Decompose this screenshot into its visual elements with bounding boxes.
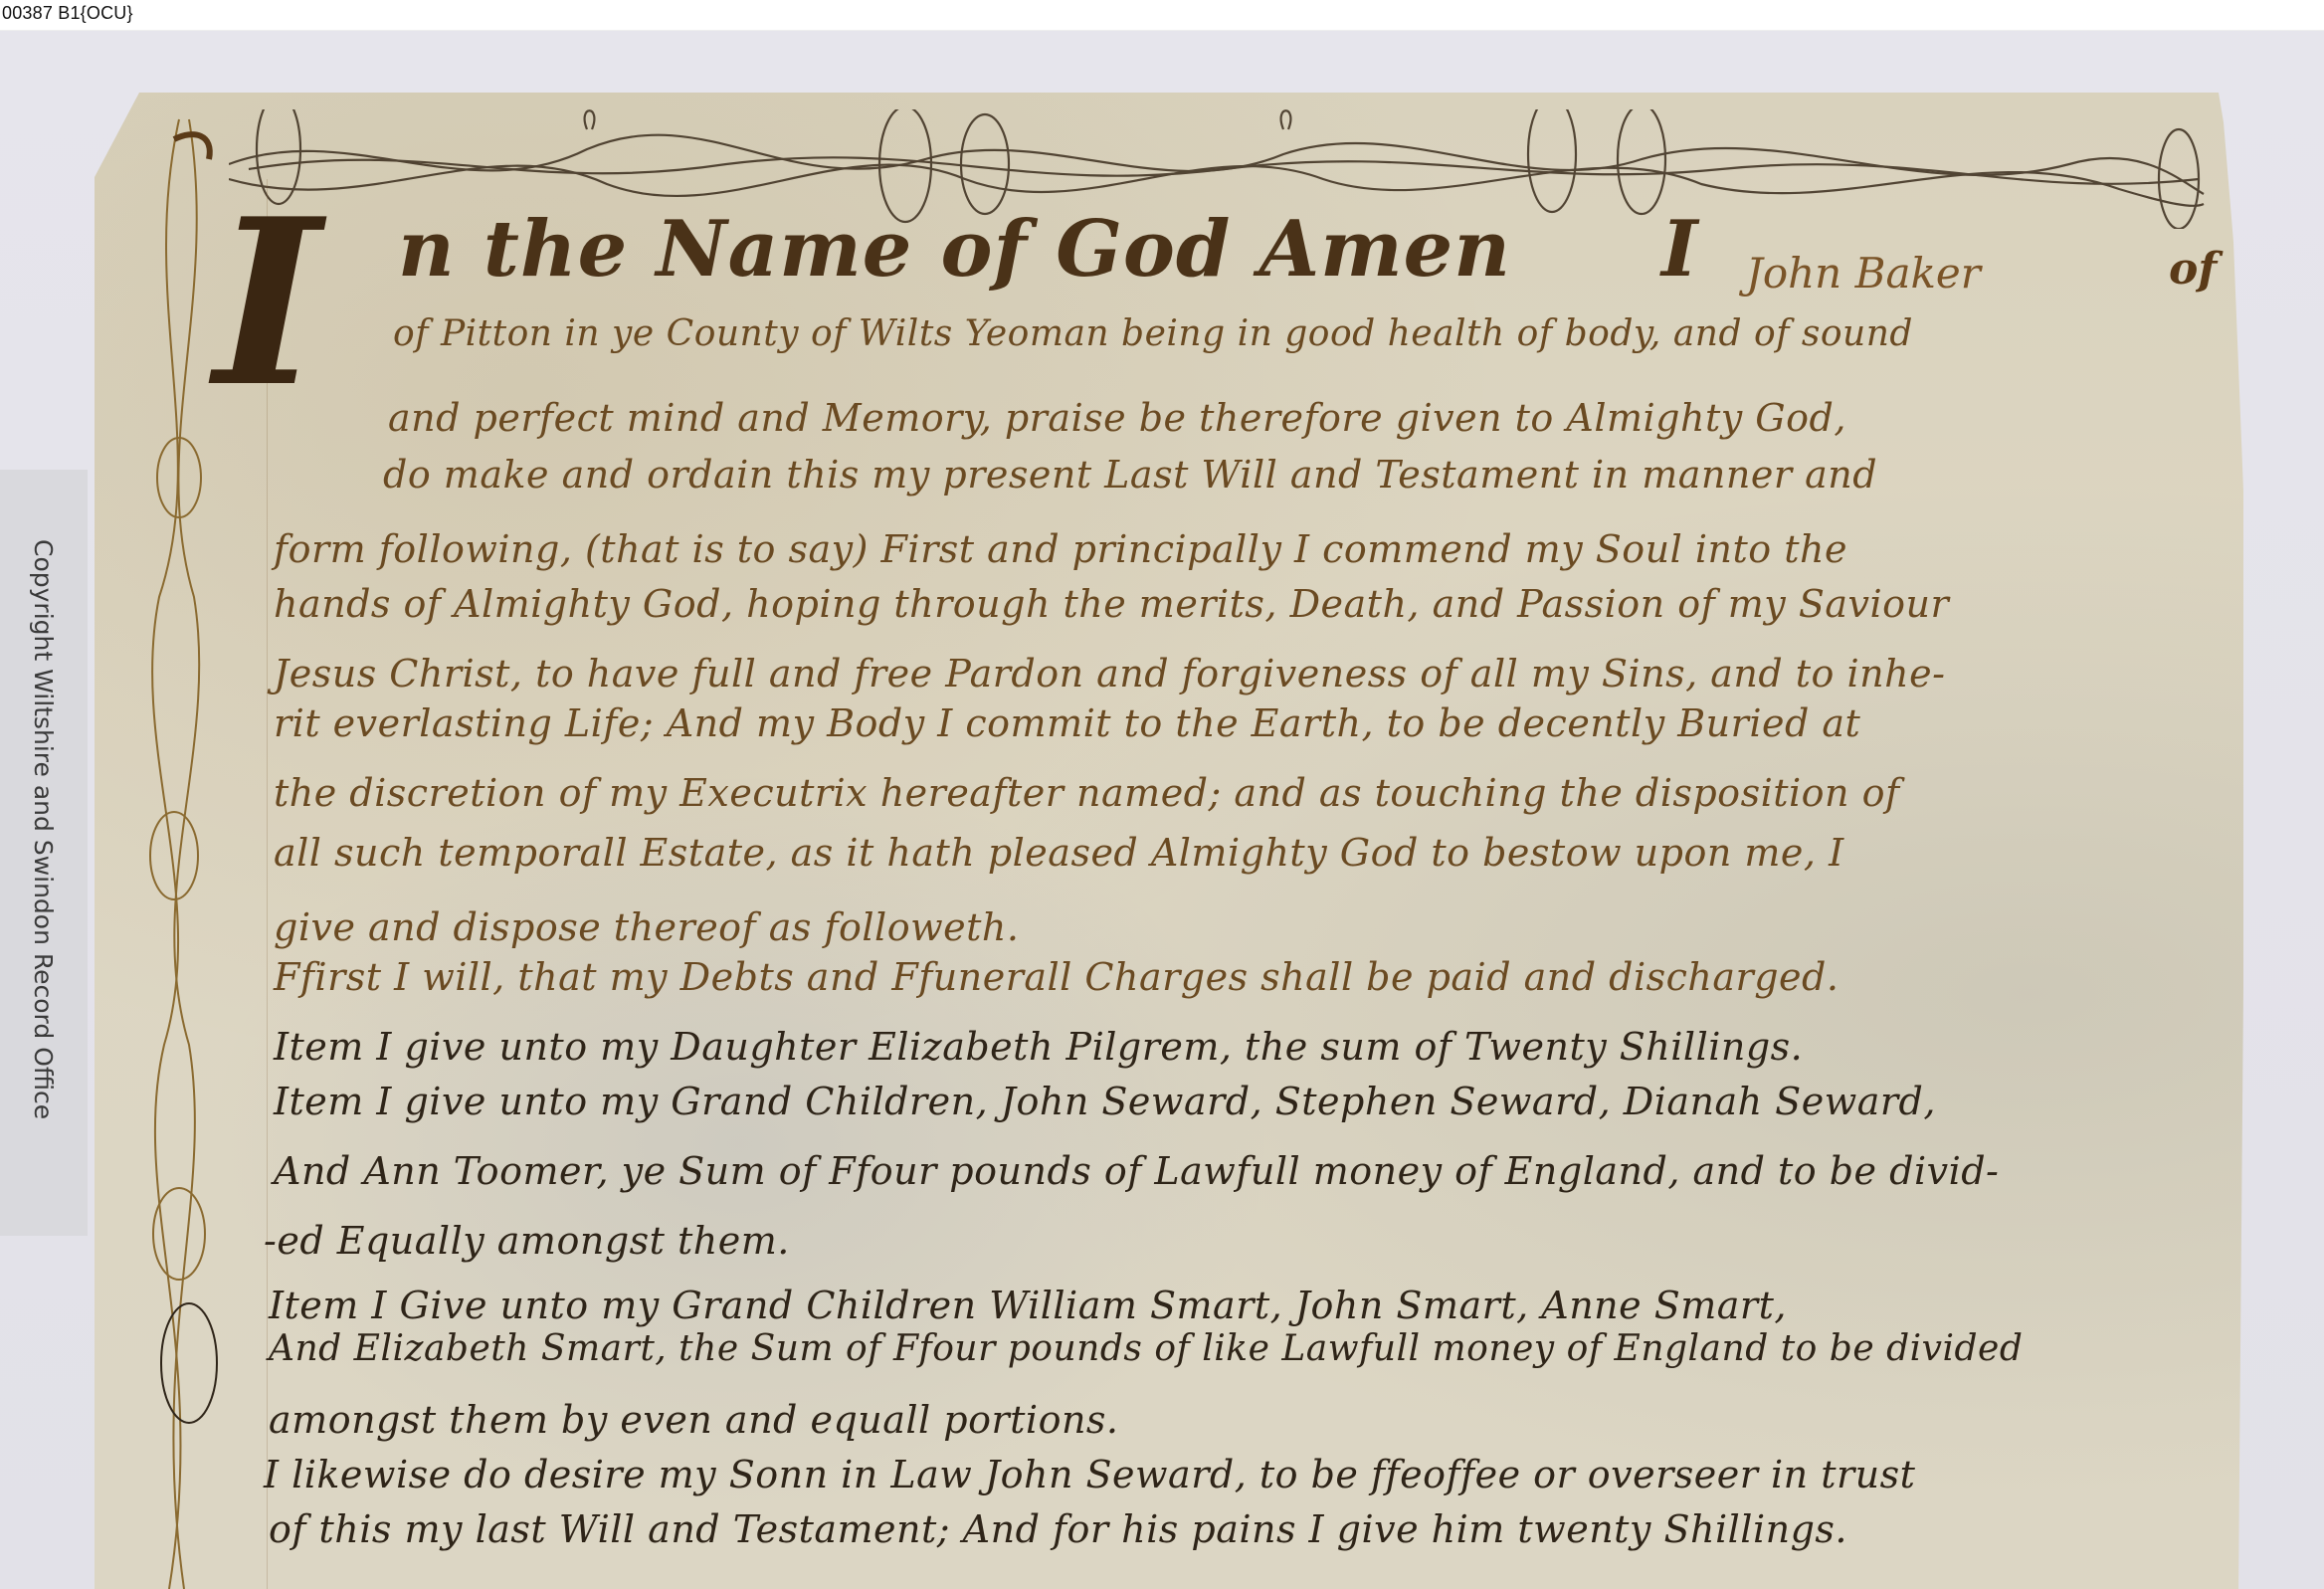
document-title: n the Name of God Amen xyxy=(398,204,1511,295)
header-bar: 00387 B1{OCU} xyxy=(0,0,2324,31)
document-line: -ed Equally amongst them. xyxy=(264,1219,790,1263)
document-line: do make and ordain this my present Last … xyxy=(383,453,1877,497)
document-line: Item I give unto my Grand Children, John… xyxy=(274,1080,1936,1123)
document-line: of Pitton in ye County of Wilts Yeoman b… xyxy=(393,313,1913,354)
copyright-text: Copyright Wiltshire and Swindon Record O… xyxy=(29,539,58,1119)
document-line: Item I give unto my Daughter Elizabeth P… xyxy=(274,1025,1803,1069)
testator-name: John Baker xyxy=(1746,249,1981,298)
document-line: amongst them by even and equall portions… xyxy=(269,1398,1119,1442)
document-line: And Ann Toomer, ye Sum of Ffour pounds o… xyxy=(274,1149,1999,1193)
document-line: Ffirst I will, that my Debts and Ffunera… xyxy=(274,955,1839,999)
document-line: Jesus Christ, to have full and free Pard… xyxy=(274,652,1945,695)
decorative-border-icon xyxy=(119,99,229,1589)
title-pronoun: I xyxy=(1661,204,1699,295)
document-line: hands of Almighty God, hoping through th… xyxy=(274,582,1949,626)
decorated-initial: I xyxy=(214,189,321,418)
document-line: and perfect mind and Memory, praise be t… xyxy=(388,396,1846,440)
document-line: And Elizabeth Smart, the Sum of Ffour po… xyxy=(269,1328,2023,1369)
title-trailing-word: of xyxy=(2169,244,2217,295)
document-line: all such temporall Estate, as it hath pl… xyxy=(274,831,1844,875)
document-line: give and dispose thereof as followeth. xyxy=(274,905,1019,949)
document-line: rit everlasting Life; And my Body I comm… xyxy=(274,701,1860,745)
document-reference-label: 00387 B1{OCU} xyxy=(2,3,133,24)
document-line: Item I Give unto my Grand Children Willi… xyxy=(269,1284,1787,1327)
document-line: of this my last Will and Testament; And … xyxy=(269,1507,1847,1551)
document-line: I likewise do desire my Sonn in Law John… xyxy=(264,1453,1915,1496)
document-line: form following, (that is to say) First a… xyxy=(274,527,1847,571)
document-line: the discretion of my Executrix hereafter… xyxy=(274,771,1900,815)
